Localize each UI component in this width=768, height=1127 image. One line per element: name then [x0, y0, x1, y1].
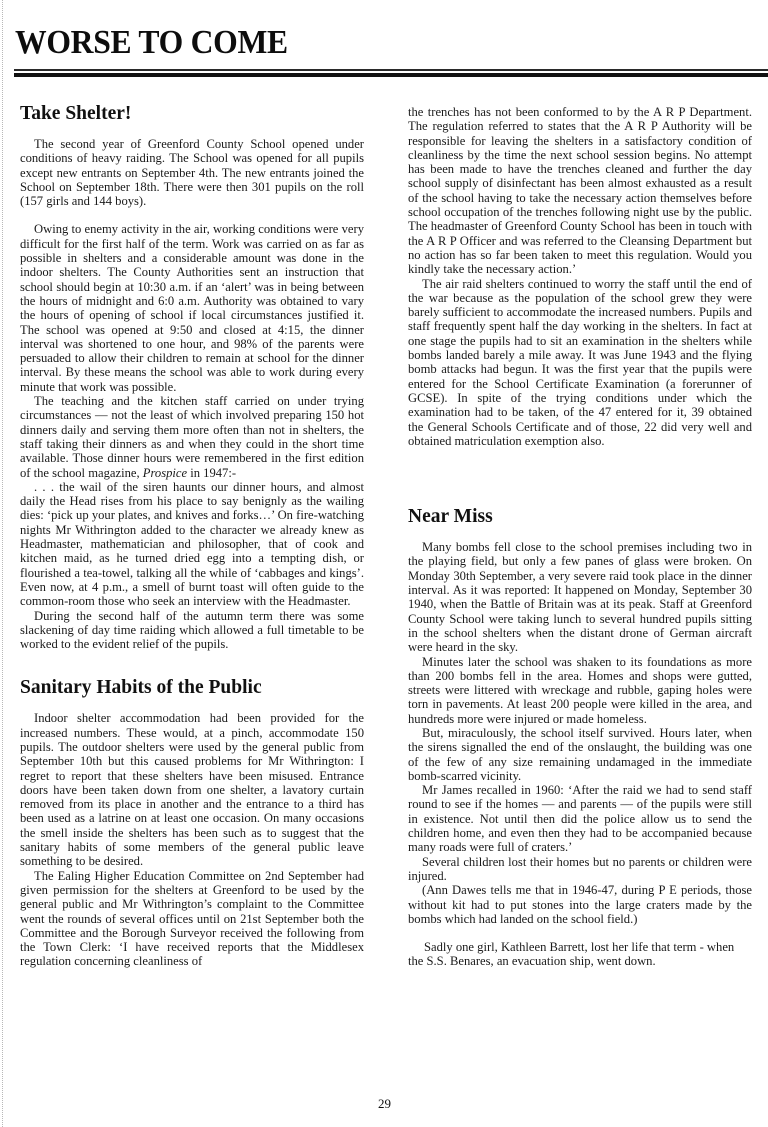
- paragraph: Owing to enemy activity in the air, work…: [20, 222, 364, 394]
- paragraph: The Ealing Higher Education Committee on…: [20, 869, 364, 969]
- closing-note: Sadly one girl, Kathleen Barrett, lost h…: [408, 940, 752, 969]
- page-edge-border: [2, 0, 3, 1127]
- page-number: 29: [378, 1096, 391, 1112]
- quotation: . . . the wail of the siren haunts our d…: [20, 480, 364, 609]
- page-title: WORSE TO COME: [15, 24, 288, 62]
- right-column: the trenches has not been conformed to b…: [408, 105, 752, 969]
- paragraph: (Ann Dawes tells me that in 1946-47, dur…: [408, 883, 752, 926]
- paragraph: Mr James recalled in 1960: ‘After the ra…: [408, 783, 752, 854]
- magazine-title: Prospice: [143, 466, 187, 480]
- paragraph: But, miraculously, the school itself sur…: [408, 726, 752, 783]
- paragraph-text: in 1947:-: [187, 466, 236, 480]
- paragraph: Many bombs fell close to the school prem…: [408, 540, 752, 654]
- paragraph: Several children lost their homes but no…: [408, 855, 752, 884]
- paragraph: The air raid shelters continued to worry…: [408, 277, 752, 449]
- left-column: Take Shelter! The second year of Greenfo…: [20, 103, 364, 969]
- paragraph: Minutes later the school was shaken to i…: [408, 655, 752, 726]
- paragraph: The teaching and the kitchen staff carri…: [20, 394, 364, 480]
- section-heading-take-shelter: Take Shelter!: [20, 103, 364, 125]
- title-rule-thin: [14, 69, 768, 71]
- section-heading-near-miss: Near Miss: [408, 506, 752, 528]
- paragraph: The second year of Greenford County Scho…: [20, 137, 364, 208]
- section-heading-sanitary-habits: Sanitary Habits of the Public: [20, 677, 364, 699]
- paragraph: During the second half of the autumn ter…: [20, 609, 364, 652]
- title-rule-thick: [14, 73, 768, 77]
- paragraph: Indoor shelter accommodation had been pr…: [20, 711, 364, 868]
- paragraph-continuation: the trenches has not been conformed to b…: [408, 105, 752, 277]
